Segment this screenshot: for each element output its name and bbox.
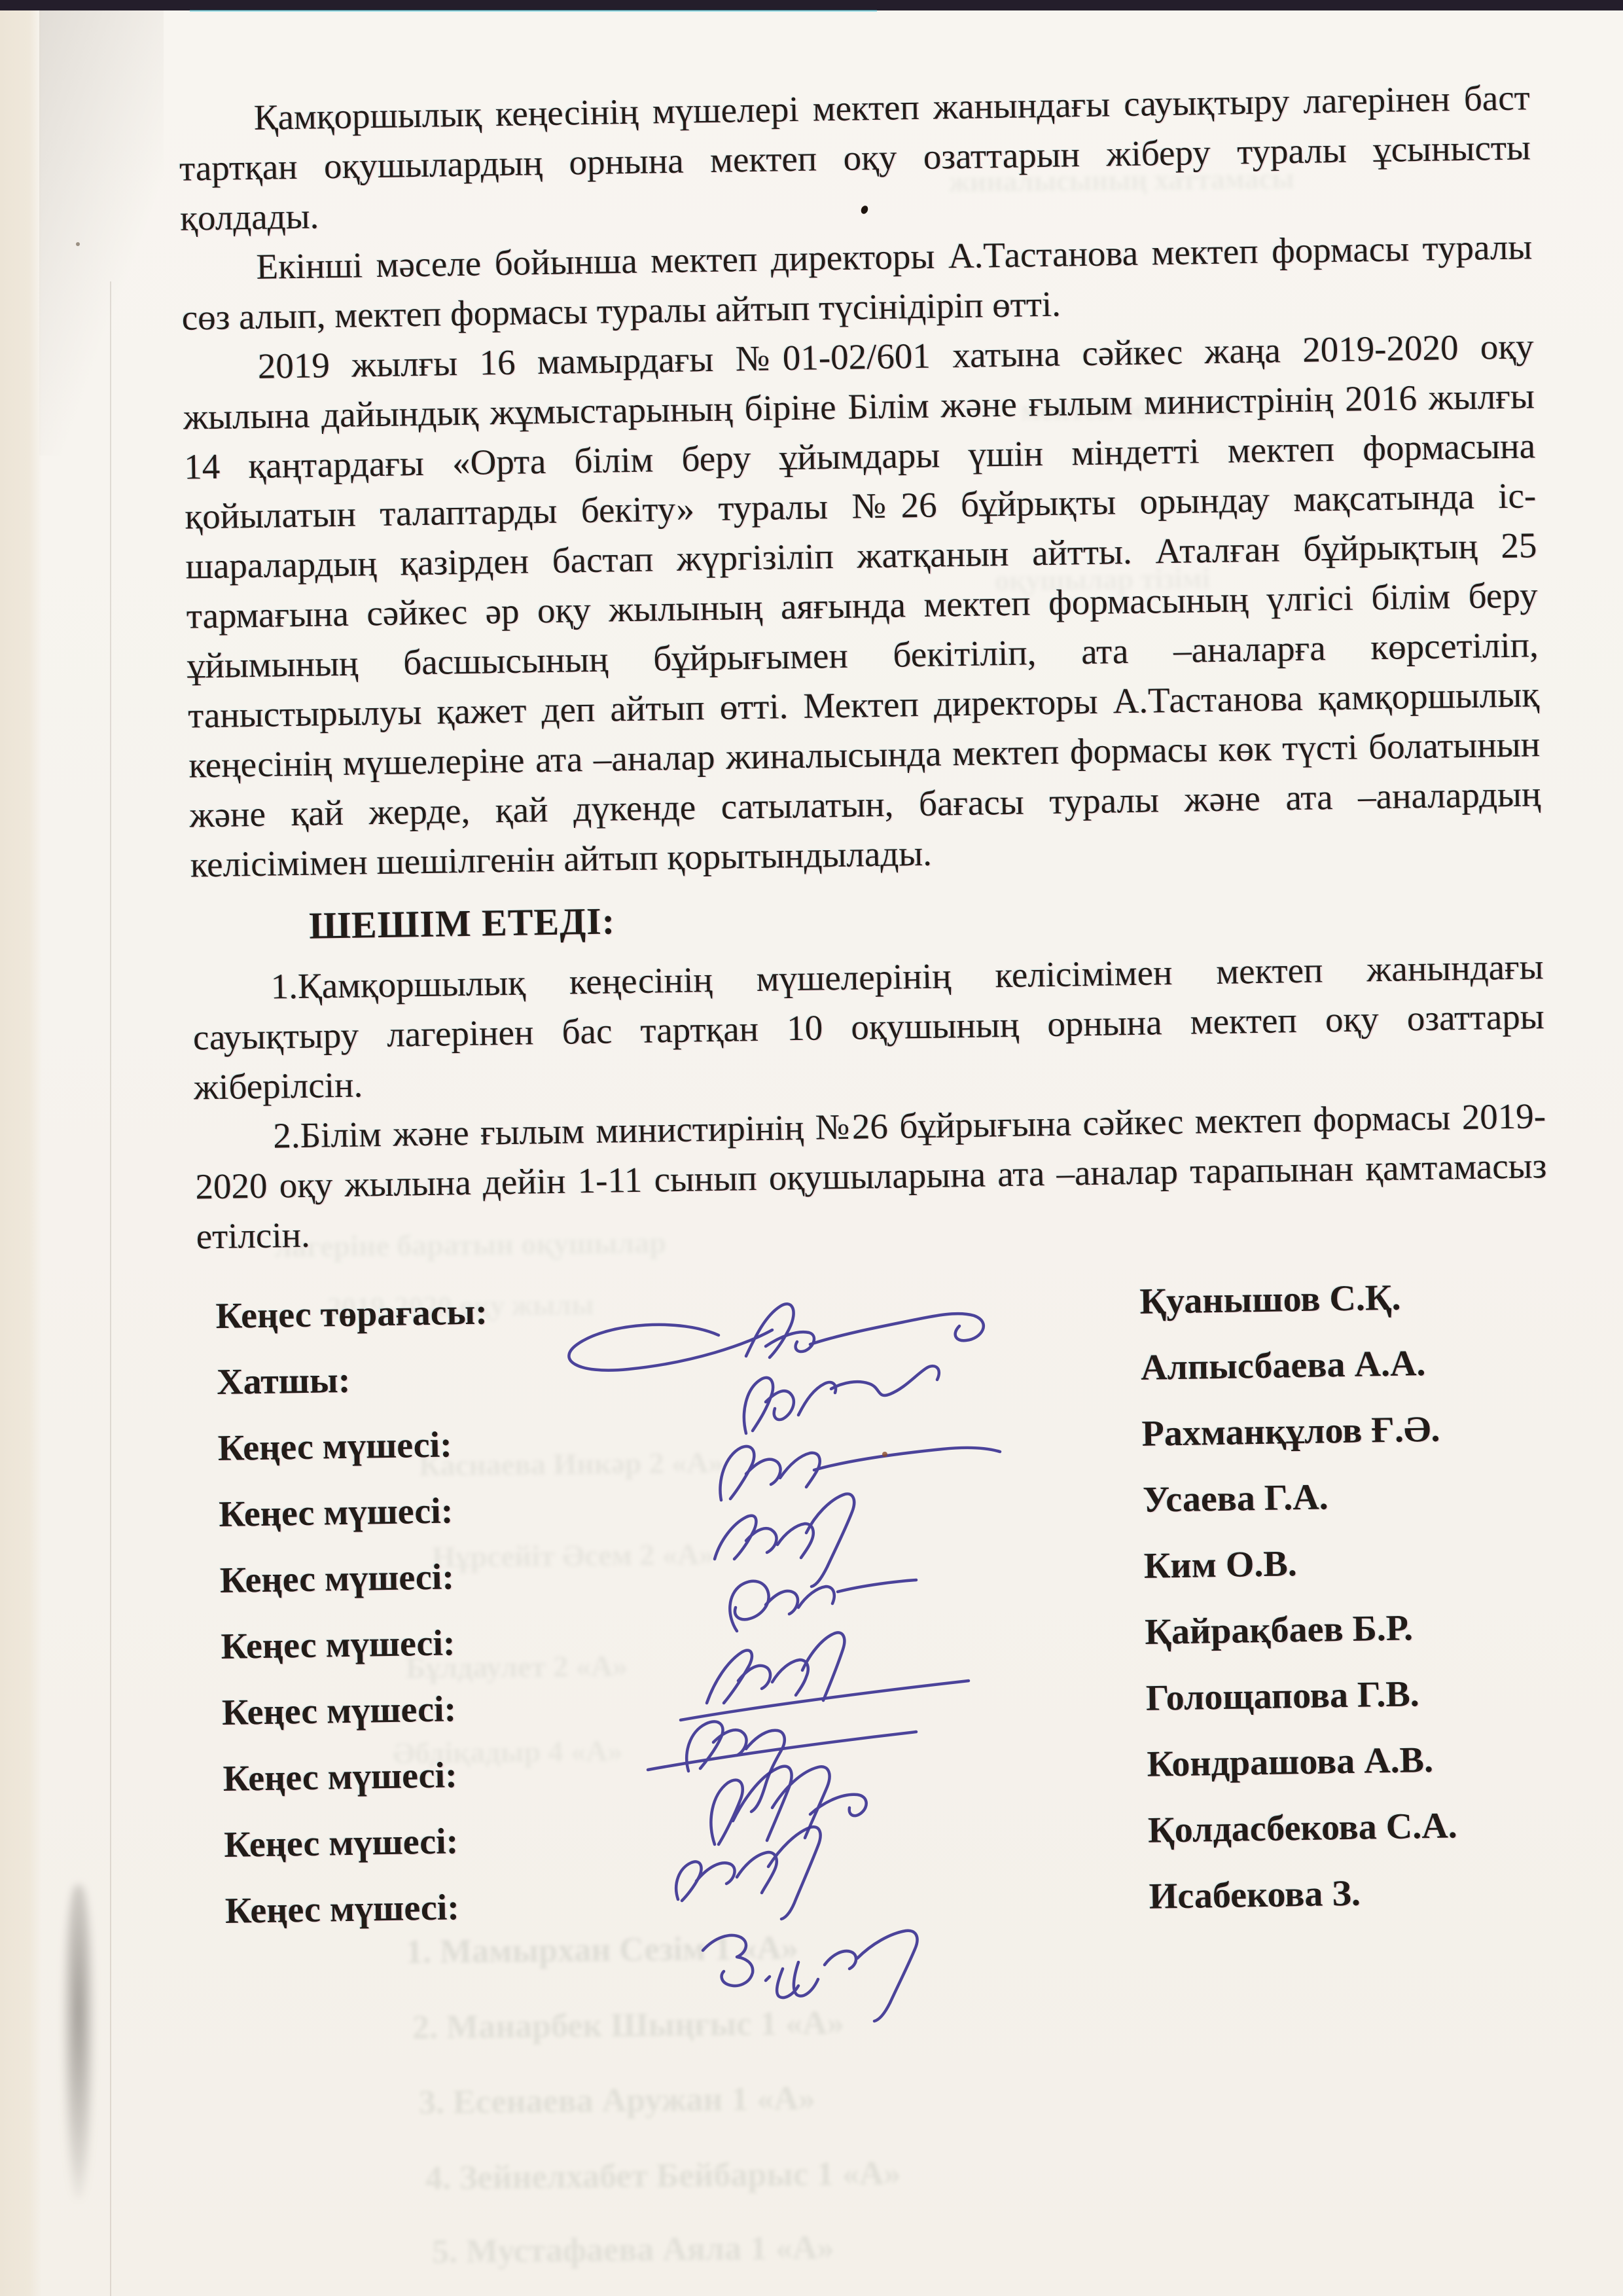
signature-person-name: Ким О.В. [1143,1539,1297,1591]
signature-scribble-member-1 [720,1446,1000,1500]
scanned-document-page: жиналысының хаттамасы мектеп бойынша оқу… [0,0,1623,2296]
signature-scribble-member-7 [676,1827,820,1919]
signature-person-name: Исабекова З. [1149,1869,1361,1922]
signature-person-name: Усаева Г.А. [1143,1472,1329,1524]
signature-person-name: Кондрашова А.В. [1147,1735,1434,1789]
handwritten-signatures [550,1284,1047,2050]
signature-scribble-member-2 [715,1494,854,1587]
signature-role-label: Кеңес төрағасы: [215,1287,488,1342]
signature-scribble-member-3 [730,1580,916,1631]
bleedthrough-text: 3. Есенаева Аружан 1 «А» [419,2079,816,2122]
signature-person-name: Рахманқұлов Ғ.Ә. [1141,1405,1440,1459]
signature-scribble-member-8 [703,1931,918,2021]
decision-heading: ШЕШІМ ЕТЕДІ: [309,882,1543,951]
decision-item-1: 1.Қамқоршылық кеңесінің мүшелерінің келі… [192,942,1545,1112]
signature-person-name: Қолдасбекова С.А. [1148,1801,1458,1855]
signature-role-label: Кеңес мүшесі: [221,1618,455,1672]
paper-fold-line [110,281,111,2296]
signature-role-label: Кеңес мүшесі: [224,1816,459,1870]
signature-role-label: Кеңес мүшесі: [219,1552,454,1605]
signature-scribble-chairman [569,1304,983,1370]
bleedthrough-text: 5. Мустафаева Аяла 1 «А» [432,2229,834,2271]
signature-person-name: Голощапова Г.В. [1145,1669,1419,1723]
paper-edge-strip [0,0,42,2296]
signature-person-name: Қайрақбаев Б.Р. [1145,1603,1414,1657]
signature-role-label: Кеңес мүшесі: [222,1684,457,1738]
signature-person-name: Қуанышов С.Қ. [1139,1273,1401,1327]
dust-speck [76,242,80,246]
paragraph-camp-proposal: Қамқоршылық кеңесінің мүшелері мектеп жа… [178,73,1531,243]
bleedthrough-text: 4. Зейнелхабет Бейбарыс 1 «А» [425,2154,901,2198]
signature-role-label: Кеңес мүшесі: [217,1420,452,1473]
signature-person-name: Алпысбаева А.А. [1140,1338,1426,1393]
ink-speck [882,1452,887,1457]
signature-role-label: Хатшы: [217,1355,351,1407]
paper-corner-shadow [39,10,164,456]
signature-scribble-member-6 [711,1767,866,1844]
signature-scribble-member-4 [681,1632,969,1720]
decision-item-2: 2.Білім және ғылым министирінің №26 бұйр… [194,1091,1548,1261]
paragraph-uniform-order: 2019 жылғы 16 мамырдағы №01-02/601 хатын… [182,321,1542,889]
scanner-edge-bar [0,0,1623,10]
signature-role-label: Кеңес мүшесі: [224,1882,459,1936]
signature-scribble-secretary [744,1366,939,1433]
scanner-edge-fringe [190,10,877,12]
signature-role-label: Кеңес мүшесі: [219,1486,454,1539]
pencil-smudge [63,1885,94,2199]
signature-role-label: Кеңес мүшесі: [223,1750,457,1804]
